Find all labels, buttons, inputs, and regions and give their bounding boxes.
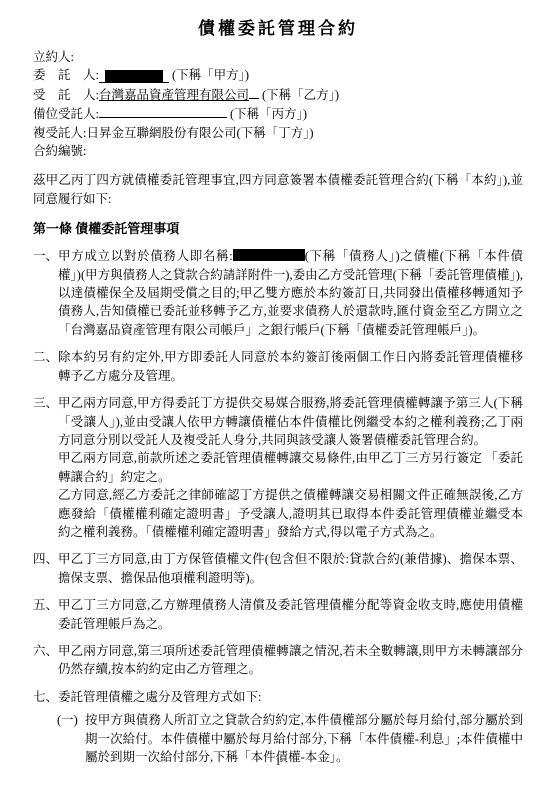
clause-marker: 二、 [33,348,58,385]
party-intro-label: 立約人: [33,50,74,64]
clause-paragraph: 甲乙兩方同意,前款所述之委託管理債權轉讓交易條件,由甲乙丁三方另行簽定 「委託轉… [58,449,523,486]
clause-text: 乙方同意,經乙方委託之律師確認丁方提供之債權轉讓交易相關文件正確無誤後,乙方應發… [58,488,523,539]
party-backup-trustee-line: 備位受託人:(下稱「丙方」) [33,104,523,123]
backup-trustee-alias: (下稱「丙方」) [230,107,307,121]
clause-text: 甲乙兩方同意,第三項所述委託管理債權轉讓之情況,若未全數轉讓,則甲方未轉讓部分仍… [58,644,523,676]
preamble: 茲甲乙丙丁四方就債權委託管理事宜,四方同意簽署本債權委託管理合約(下稱「本約」)… [33,171,523,208]
consignor-name-field [99,69,169,83]
redaction-box-icon [105,70,163,82]
clause-list: 一、甲方成立以對於債務人即名稱:(下稱「債務人」)之債權(下稱「本件債權」)(甲… [33,247,523,766]
consignor-alias: (下稱「甲方」) [172,68,249,82]
clause-body: 甲乙兩方同意,甲方得委託丁方提供交易媒合服務,將委託管理債權轉讓予第三人(下稱「… [58,394,523,541]
clause-body: 委託管理債權之處分及管理方式如下: [58,688,523,706]
clause-text: 甲乙兩方同意,甲方得委託丁方提供交易媒合服務,將委託管理債權轉讓予第三人(下稱「… [58,396,523,447]
clause-marker: 三、 [33,394,58,541]
trustee-alias: (下稱「乙方」) [262,88,339,102]
clause-text: 甲乙丁三方同意,乙方辦理債務人清償及委託管理債權分配等資金收支時,應使用債權委託… [58,598,523,630]
clause-marker: 七、 [33,688,58,706]
clause-body: 甲乙丁三方同意,由丁方保管債權文件(包含但不限於:貸款合約(兼借據)、擔保本票、… [58,550,523,587]
clause-paragraph: 甲乙兩方同意,甲方得委託丁方提供交易媒合服務,將委託管理債權轉讓予第三人(下稱「… [58,394,523,449]
clause-body: 甲方成立以對於債務人即名稱:(下稱「債務人」)之債權(下稱「本件債權」)(甲方與… [58,247,523,339]
clause: 五、甲乙丁三方同意,乙方辦理債務人清償及委託管理債權分配等資金收支時,應使用債權… [33,596,523,633]
clause-text: 委託管理債權之處分及管理方式如下: [58,690,261,704]
consignor-label: 委 託 人: [33,68,99,82]
clause-paragraph: 甲方成立以對於債務人即名稱:(下稱「債務人」)之債權(下稱「本件債權」)(甲方與… [58,247,523,339]
clause-marker: 四、 [33,550,58,587]
clause-paragraph: 除本約另有約定外,甲方即委託人同意於本約簽訂後兩個工作日內將委託管理債權移轉予乙… [58,348,523,385]
clause: 三、甲乙兩方同意,甲方得委託丁方提供交易媒合服務,將委託管理債權轉讓予第三人(下… [33,394,523,541]
party-consignor-line: 委 託 人:(下稱「甲方」) [33,66,523,84]
clause-marker: 六、 [33,642,58,679]
sub-trustee-label: 複受託人: [33,126,86,140]
party-trustee-line: 受 託 人:台灣嘉品資產管理有限公司(下稱「乙方」) [33,85,523,104]
party-intro-line: 立約人: [33,48,523,66]
clause-text: 甲方成立以對於債務人即名稱: [58,249,233,263]
contract-number-label: 合約編號: [33,144,86,158]
backup-trustee-label: 備位受託人: [33,107,99,121]
clause-body: 除本約另有約定外,甲方即委託人同意於本約簽訂後兩個工作日內將委託管理債權移轉予乙… [58,348,523,385]
backup-trustee-name-field [99,104,227,118]
clause-paragraph: 乙方同意,經乙方委託之律師確認丁方提供之債權轉讓交易相關文件正確無誤後,乙方應發… [58,486,523,541]
clause-paragraph: 甲乙兩方同意,第三項所述委託管理債權轉讓之情況,若未全數轉讓,則甲方未轉讓部分仍… [58,642,523,679]
trustee-name: 台灣嘉品資產管理有限公司 [99,88,249,102]
sub-trustee-alias: (下稱「丁方」) [237,126,314,140]
trustee-label: 受 託 人: [33,88,99,102]
clause-marker: 五、 [33,596,58,633]
contract-page: 債權委託管理合約 立約人: 委 託 人:(下稱「甲方」) 受 託 人:台灣嘉品資… [0,0,556,766]
clause-paragraph: 甲乙丁三方同意,乙方辦理債務人清償及委託管理債權分配等資金收支時,應使用債權委託… [58,596,523,633]
parties-block: 立約人: 委 託 人:(下稱「甲方」) 受 託 人:台灣嘉品資產管理有限公司(下… [33,48,523,160]
page-title: 債權委託管理合約 [33,18,523,40]
clause-text: 甲乙兩方同意,前款所述之委託管理債權轉讓交易條件,由甲乙丁三方另行簽定 「委託轉… [58,451,523,483]
clause-marker: 一、 [33,247,58,339]
sub-trustee-name: 日昇金互聯網股份有限公司 [86,126,236,140]
clause-text: 甲乙丁三方同意,由丁方保管債權文件(包含但不限於:貸款合約(兼借據)、擔保本票、… [58,552,523,584]
trustee-name-underline-tail [249,85,259,99]
clause: 二、除本約另有約定外,甲方即委託人同意於本約簽訂後兩個工作日內將委託管理債權移轉… [33,348,523,385]
clause-text: 除本約另有約定外,甲方即委託人同意於本約簽訂後兩個工作日內將委託管理債權移轉予乙… [58,350,523,382]
clause: 七、委託管理債權之處分及管理方式如下: [33,688,523,706]
clause: 一、甲方成立以對於債務人即名稱:(下稱「債務人」)之債權(下稱「本件債權」)(甲… [33,247,523,339]
clause: 六、甲乙兩方同意,第三項所述委託管理債權轉讓之情況,若未全數轉讓,則甲方未轉讓部… [33,642,523,679]
clause-body: 甲乙丁三方同意,乙方辦理債務人清償及委託管理債權分配等資金收支時,應使用債權委託… [58,596,523,633]
clause-paragraph: 甲乙丁三方同意,由丁方保管債權文件(包含但不限於:貸款合約(兼借據)、擔保本票、… [58,550,523,587]
contract-number-line: 合約編號: [33,142,523,160]
clause: 四、甲乙丁三方同意,由丁方保管債權文件(包含但不限於:貸款合約(兼借據)、擔保本… [33,550,523,587]
party-sub-trustee-line: 複受託人:日昇金互聯網股份有限公司(下稱「丁方」) [33,124,523,142]
redaction-box-icon [233,249,305,261]
section-heading: 第一條 債權委託管理事項 [33,220,523,238]
clause-paragraph: 委託管理債權之處分及管理方式如下: [58,688,523,706]
page-number: 1 [0,756,556,768]
clause-body: 甲乙兩方同意,第三項所述委託管理債權轉讓之情況,若未全數轉讓,則甲方未轉讓部分仍… [58,642,523,679]
